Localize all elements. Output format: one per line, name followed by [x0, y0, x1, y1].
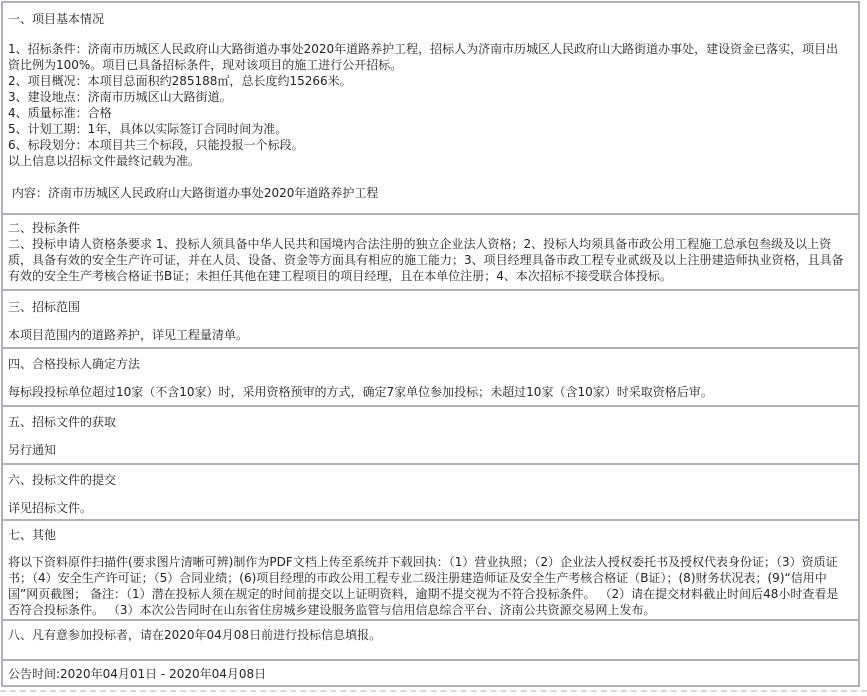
overview-text: 2、项目概况：本项目总面积约285188㎡，总长度约15266米。	[8, 73, 850, 89]
section-registration-notice: 八、凡有意参加投标者，请在2020年04月08日前进行投标信息填报。	[3, 619, 858, 659]
section-title: 三、招标范围	[8, 299, 850, 315]
quality-text: 4、质量标准：合格	[8, 105, 850, 121]
condition-text: 1、招标条件：济南市历城区人民政府山大路街道办事处2020年道路养护工程，招标人…	[8, 41, 850, 73]
section-bid-conditions: 二、投标条件 二、投标申请人资格条要求 1、投标人须具备中华人民共和国境内合法注…	[3, 213, 858, 289]
section-other: 七、其他 将以下资料原件扫描件(要求图片清晰可辨)制作为PDF文档上传至系统并下…	[3, 519, 858, 619]
announcement-time-row: 公告时间:2020年04月01日 - 2020年04月08日	[3, 659, 858, 685]
section-title: 六、投标文件的提交	[8, 472, 850, 488]
dashed-divider	[0, 690, 867, 692]
note-text: 以上信息以招标文件最终记载为准。	[8, 153, 850, 169]
section-qualification-method: 四、合格投标人确定方法 每标段投标单位超过10家（不含10家）时，采用资格预审的…	[3, 347, 858, 405]
section-body: 二、投标申请人资格条要求 1、投标人须具备中华人民共和国境内合法注册的独立企业法…	[8, 236, 850, 284]
section-body: 另行通知	[8, 442, 850, 458]
lots-text: 6、标段划分：本项目共三个标段，只能投报一个标段。	[8, 137, 850, 153]
section-body: 详见招标文件。	[8, 500, 850, 516]
section-project-info: 一、项目基本情况 1、招标条件：济南市历城区人民政府山大路街道办事处2020年道…	[3, 3, 858, 213]
section-body: 将以下资料原件扫描件(要求图片清晰可辨)制作为PDF文档上传至系统并下载回执：（…	[8, 554, 850, 618]
section-body: 八、凡有意参加投标者，请在2020年04月08日前进行投标信息填报。	[8, 627, 850, 643]
section-scope: 三、招标范围 本项目范围内的道路养护，详见工程量清单。	[3, 289, 858, 347]
duration-text: 5、计划工期：1年，具体以实际签订合同时间为准。	[8, 121, 850, 137]
location-text: 3、建设地点：济南市历城区山大路街道。	[8, 89, 850, 105]
section-title: 五、招标文件的获取	[8, 414, 850, 430]
section-doc-acquisition: 五、招标文件的获取 另行通知	[3, 405, 858, 463]
section-title: 七、其他	[8, 527, 850, 543]
section-title: 四、合格投标人确定方法	[8, 356, 850, 372]
section-title: 二、投标条件	[8, 220, 850, 236]
section-doc-submission: 六、投标文件的提交 详见招标文件。	[3, 463, 858, 519]
section-body: 本项目范围内的道路养护，详见工程量清单。	[8, 327, 850, 343]
section-body: 每标段投标单位超过10家（不含10家）时，采用资格预审的方式，确定7家单位参加投…	[8, 384, 850, 400]
section-title: 一、项目基本情况	[8, 11, 850, 27]
announcement-table: 一、项目基本情况 1、招标条件：济南市历城区人民政府山大路街道办事处2020年道…	[1, 1, 860, 687]
content-text: 内容：济南市历城区人民政府山大路街道办事处2020年道路养护工程	[8, 185, 850, 201]
announcement-time: 公告时间:2020年04月01日 - 2020年04月08日	[8, 666, 850, 682]
